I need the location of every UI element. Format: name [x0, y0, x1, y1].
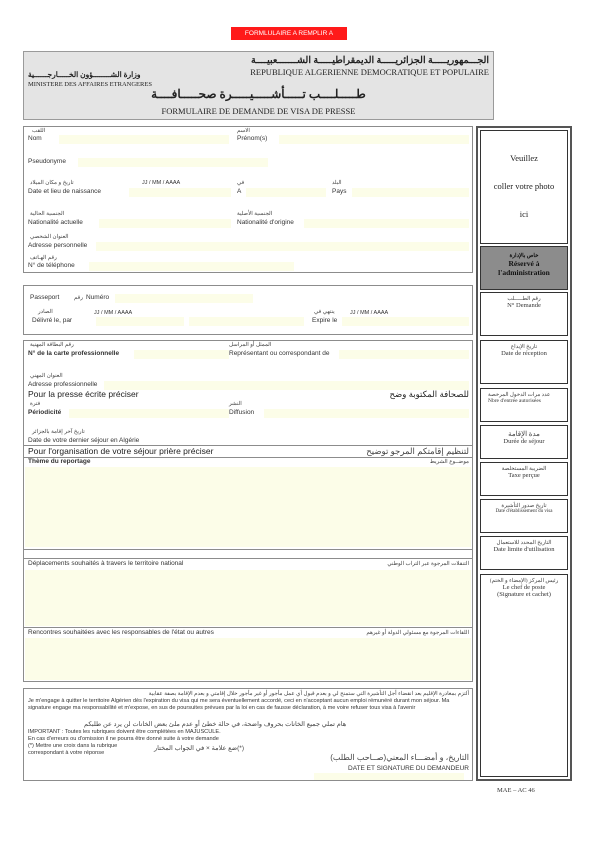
passport-number-input[interactable]	[115, 294, 253, 303]
deplacements-label-ar: التنقلات المرجوة عبر التراب الوطني	[387, 561, 469, 567]
photo-text-3: ici	[481, 209, 567, 219]
birth-country-input[interactable]	[352, 188, 469, 197]
croix-note-ar: (*)ضع علامة × في الجواب المختار	[154, 744, 244, 752]
dernier-sejour-label: Date de votre dernier séjour en Algérie	[28, 437, 139, 444]
rencontres-label: Rencontres souhaitées avec les responsab…	[28, 629, 214, 636]
delivre-label: Délivré le, par	[32, 317, 72, 324]
republic-arabic: الجـــمهوريـــــة الجزائريـــــة الديمقر…	[251, 55, 489, 66]
periodicite-input[interactable]	[69, 409, 229, 418]
admin-box-label: Date de réception	[481, 350, 567, 357]
adresse-pro-label: Adresse professionnelle	[28, 381, 97, 388]
presse-ecrite-heading-ar: للصحافة المكتوبة وضح	[390, 389, 469, 400]
theme-label-ar: موضــوع الشريط	[430, 459, 469, 465]
lieu-label-ar: في	[237, 180, 244, 186]
passeport-label: Passeport	[30, 294, 59, 301]
admin-box-label-ar: مدة الإقامة	[481, 430, 567, 438]
nat-origine-label: Nationalité d'origine	[237, 219, 294, 226]
photo-text-2: coller votre photo	[481, 181, 567, 191]
representant-label: Représentant ou correspondant de	[229, 350, 329, 357]
nationalite-actuelle-input[interactable]	[99, 219, 231, 228]
fill-on-screen-banner: FORMLULAIRE A REMPLIR A L'ECRAN	[231, 27, 347, 40]
birth-date-input[interactable]	[129, 188, 231, 197]
diffusion-input[interactable]	[264, 409, 469, 418]
naissance-label-ar: تاريخ و مكان الميلاد	[30, 180, 74, 186]
erreurs-note: En cas d'erreurs ou d'omission il ne pou…	[28, 736, 219, 742]
theme-label: Thème du reportage	[28, 458, 90, 465]
admin-box-limite: التاريخ المحدد للاستعمال Date limite d'u…	[480, 536, 568, 570]
prenom-label: Prénom(s)	[237, 135, 267, 142]
admin-box-label: Date limite d'utilisation	[481, 546, 567, 553]
form-code: MAE – AC 46	[497, 787, 535, 794]
photo-box[interactable]: Veuillez coller votre photo ici	[480, 130, 568, 244]
admin-box-taxe: الضريبة المستخلصة Taxe perçue	[480, 462, 568, 496]
expire-date-format-hint: JJ / MM / AAAA	[350, 310, 388, 316]
presse-ecrite-heading: Pour la presse écrite préciser	[28, 389, 139, 399]
admin-heading: خاص بالإدارة Réservé à l'administration	[480, 246, 568, 290]
admin-box-reception: تاريخ الإيداع Date de réception	[480, 340, 568, 384]
nationalite-origine-input[interactable]	[304, 219, 469, 228]
periodicite-label-ar: فترة	[30, 401, 40, 407]
rencontres-textarea[interactable]	[25, 638, 471, 680]
signature-label-ar: التاريخ، و أمضـــاء المعني(صــاحب الطلب)	[330, 753, 469, 762]
republic-french: REPUBLIQUE ALGERIENNE DEMOCRATIQUE ET PO…	[250, 67, 489, 77]
photo-text-1: Veuillez	[481, 153, 567, 163]
deplacements-textarea[interactable]	[25, 570, 471, 626]
delivre-label-ar: الصادر	[38, 309, 53, 315]
sejour-heading: Pour l'organisation de votre séjour priè…	[28, 446, 213, 456]
passport-issue-date-input[interactable]	[96, 317, 184, 326]
nom-label: Nom	[28, 135, 42, 142]
diffusion-label-ar: النشر	[229, 401, 242, 407]
title-french: FORMULAIRE DE DEMANDE DE VISA DE PRESSE	[24, 106, 493, 116]
passport-expiry-date-input[interactable]	[342, 317, 469, 326]
signature-label: DATE ET SIGNATURE DU DEMANDEUR	[348, 765, 469, 772]
signature-field[interactable]	[314, 773, 464, 780]
admin-box-label: N° Demande	[481, 302, 567, 309]
representant-label-ar: الممثل أو المراسل	[229, 342, 271, 348]
admin-heading-fr: Réservé à l'administration	[494, 259, 554, 277]
numero-label-ar: رقم	[74, 295, 83, 301]
adresse-label-ar: العنوان الشخصي	[30, 234, 68, 240]
note-arabic: هام تملي جميع الخانات بحروف واضحة، في حا…	[84, 720, 346, 728]
form-header: الجـــمهوريـــــة الجزائريـــــة الديمقر…	[23, 51, 494, 120]
professional-section: رقم البطاقة المهنية N° de la carte profe…	[23, 340, 473, 682]
adresse-personnelle-input[interactable]	[96, 242, 469, 251]
birth-date-format-hint: JJ / MM / AAAA	[142, 180, 180, 186]
carte-label: N° de la carte professionnelle	[28, 350, 119, 357]
adresse-pro-label-ar: العنوان المهني	[30, 373, 63, 379]
expire-label: Expire le	[312, 317, 337, 324]
lieu-label: A	[237, 188, 241, 195]
telephone-label-ar: رقم الهـاتف	[30, 255, 57, 261]
theme-reportage-textarea[interactable]	[25, 467, 471, 547]
admin-box-label: Date d'établissement du visa	[481, 509, 567, 514]
nat-actuelle-label: Nationalité actuelle	[28, 219, 83, 226]
expire-label-ar: ينتهي في	[314, 309, 335, 315]
engagement-text: Je m'engage à quitter le territoire Algé…	[28, 698, 468, 712]
prenom-label-ar: الاسم	[237, 128, 250, 134]
passport-issued-by-input[interactable]	[189, 317, 304, 326]
carte-professionnelle-input[interactable]	[134, 350, 229, 359]
engagement-text-ar: ألتزم بمغادرة الإقليم بعد انقضاء أجل الت…	[149, 691, 469, 697]
periodicite-label: Périodicité	[28, 409, 61, 416]
nat-origine-label-ar: الجنسية الأصلية	[237, 211, 272, 217]
birth-place-input[interactable]	[246, 188, 326, 197]
rencontres-label-ar: اللقاءات المرجوة مع مسئولي الدولة أو غير…	[366, 630, 469, 636]
important-note: IMPORTANT : Toutes les rubriques doivent…	[28, 729, 221, 735]
pays-label: Pays	[332, 188, 346, 195]
passport-section: Passeport رقم Numéro الصادر Délivré le, …	[23, 285, 473, 335]
nom-input[interactable]	[59, 135, 229, 144]
delivre-date-format-hint: JJ / MM / AAAA	[94, 310, 132, 316]
admin-box-entrees: عدد مرات الدخول المرخصة Nbre d'entrée au…	[480, 388, 568, 422]
nom-label-ar: اللقب	[32, 128, 45, 134]
telephone-input[interactable]	[89, 262, 294, 271]
admin-box-etablissement: تاريخ صدور التأشيرة Date d'établissement…	[480, 499, 568, 533]
croix-note: (*) Mettre une croix dans la rubrique co…	[28, 743, 118, 757]
admin-box-chef-poste: رئيس المركز (الإمضاء و الختم) Le chef de…	[480, 574, 568, 777]
naissance-label: Date et lieu de naissance	[28, 188, 101, 195]
numero-label: Numéro	[86, 294, 109, 301]
pseudonyme-label: Pseudonyme	[28, 158, 66, 165]
deplacements-label: Déplacements souhaités à travers le terr…	[28, 560, 183, 567]
telephone-label: N° de téléphone	[28, 262, 75, 269]
engagement-section: ألتزم بمغادرة الإقليم بعد انقضاء أجل الت…	[23, 688, 473, 781]
admin-box-label: Le chef de poste (Signature et cachet)	[489, 584, 559, 598]
admin-box-label: Taxe perçue	[481, 472, 567, 479]
identity-section: اللقب Nom الاسم Prénom(s) Pseudonyme تار…	[23, 126, 473, 273]
representant-input[interactable]	[339, 350, 469, 359]
adresse-label: Adresse personnelle	[28, 242, 87, 249]
admin-box-label: Durée de séjour	[481, 438, 567, 445]
nat-actuelle-label-ar: الجنسية الحالية	[30, 211, 64, 217]
carte-label-ar: رقم البطاقة المهنية	[30, 342, 74, 348]
prenom-input[interactable]	[279, 135, 469, 144]
pays-label-ar: البلد	[332, 180, 342, 186]
admin-box-demande: رقم الطـــــلب N° Demande	[480, 292, 568, 336]
admin-column: Veuillez coller votre photo ici خاص بالإ…	[476, 126, 572, 781]
pseudonyme-input[interactable]	[78, 158, 268, 167]
admin-box-label: Nbre d'entrée autorisées	[488, 398, 567, 404]
diffusion-label: Diffusion	[229, 409, 254, 416]
sejour-heading-ar: لتنظيم إقامتكم المرجو توضيح	[366, 446, 469, 457]
ministry-arabic: وزارة الشــــــــؤون الخـــــارجــــــية	[28, 70, 140, 79]
title-arabic: طـــــلــــب تـــــأشـــــيـــــرة صحـــ…	[24, 87, 493, 102]
admin-box-duree: مدة الإقامة Durée de séjour	[480, 425, 568, 459]
dernier-sejour-label-ar: تاريخ آخر إقامة بالجزائر	[32, 429, 85, 435]
